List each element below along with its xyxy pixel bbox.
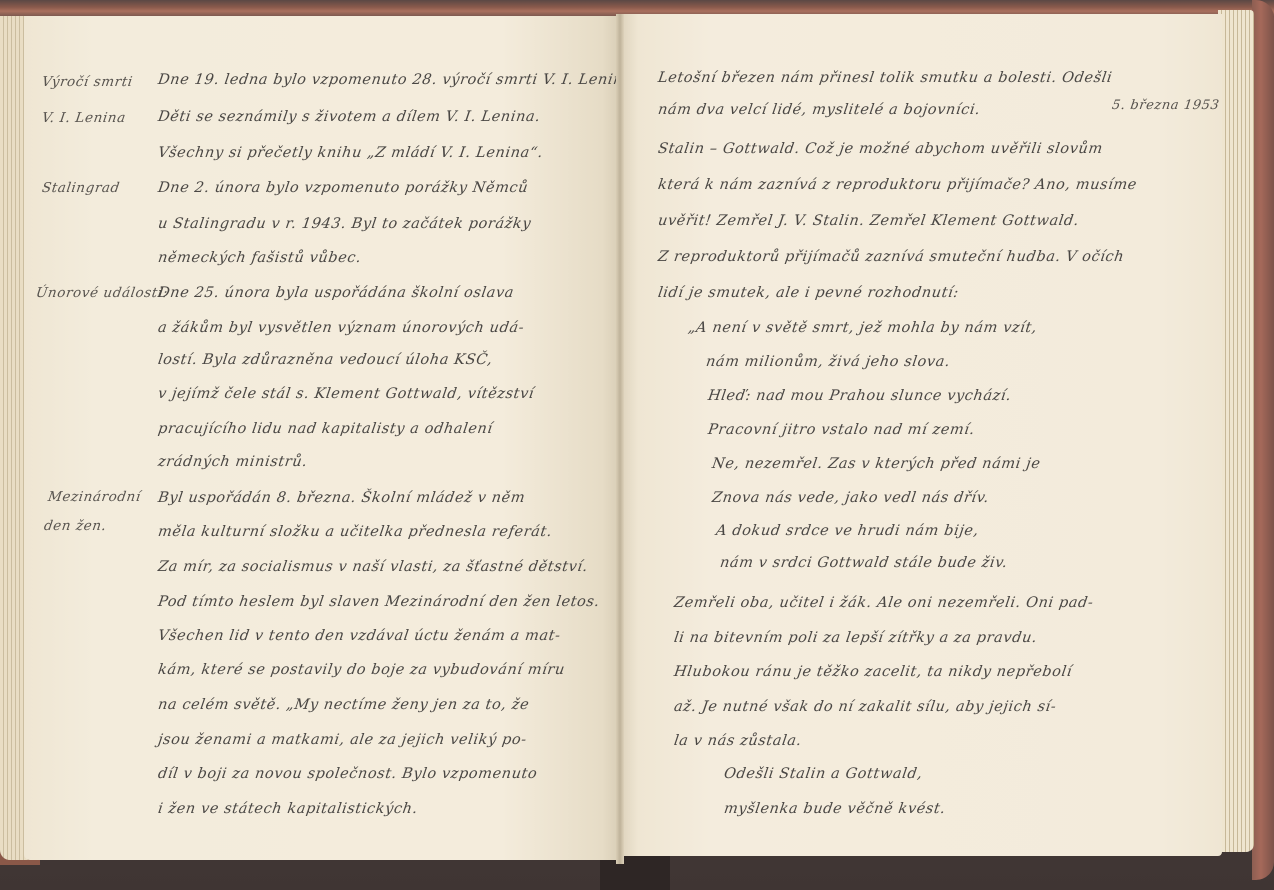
text-line: Všechen lid v tento den vzdával úctu žen… [157, 628, 562, 644]
margin-note-womens-day-1: Mezinárodní [47, 489, 142, 505]
book-spread-scene: Výročí smrti V. I. Lenina Dne 19. ledna … [0, 0, 1274, 890]
text-line: kám, které se postavily do boje za vybud… [157, 662, 566, 678]
text-line: u Stalingradu v r. 1943. Byl to začátek … [157, 216, 532, 232]
poem-line: nám v srdci Gottwald stále bude živ. [719, 555, 1009, 571]
text-line: zrádných ministrů. [157, 454, 309, 470]
margin-note-february-events: Únorové události: [35, 285, 169, 301]
text-line: Dne 25. února byla uspořádána školní osl… [157, 285, 515, 301]
text-line: jsou ženami a matkami, ale za jejich vel… [157, 732, 528, 748]
text-line: díl v boji za novou společnost. Bylo vzp… [157, 766, 539, 782]
text-line: Hlubokou ránu je těžko zacelit, ta nikdy… [673, 664, 1073, 680]
text-line: pracujícího lidu nad kapitalisty a odhal… [157, 421, 494, 437]
text-line: Letošní březen nám přinesl tolik smutku … [657, 70, 1113, 86]
text-line: na celém světě. „My nectíme ženy jen za … [157, 697, 530, 713]
poem-line: nám milionům, živá jeho slova. [705, 354, 951, 370]
text-line: Dne 19. ledna bylo vzpomenuto 28. výročí… [157, 72, 639, 88]
margin-note-womens-day-2: den žen. [43, 518, 108, 534]
text-line: Dne 2. února bylo vzpomenuto porážky Něm… [157, 180, 529, 196]
poem-line: A dokud srdce ve hrudi nám bije, [715, 523, 980, 539]
text-line: Zemřeli oba, učitel i žák. Ale oni nezem… [673, 595, 1095, 611]
poem-line: Hleď: nad mou Prahou slunce vychází. [707, 388, 1013, 404]
text-line: měla kulturní složku a učitelka přednesl… [157, 524, 553, 540]
text-line: li na bitevním poli za lepší zítřky a za… [673, 630, 1038, 646]
text-line: německých fašistů vůbec. [157, 250, 362, 266]
poem-line: Pracovní jitro vstalo nad mí zemí. [707, 422, 976, 438]
text-line: i žen ve státech kapitalistických. [157, 801, 419, 817]
text-line: Všechny si přečetly knihu „Z mládí V. I.… [157, 145, 544, 161]
poem-line: Znova nás vede, jako vedl nás dřív. [711, 490, 990, 506]
book-cover-right-edge [1252, 0, 1274, 880]
text-line: nám dva velcí lidé, myslitelé a bojovníc… [657, 102, 982, 118]
text-line: a žákům byl vysvětlen význam únorových u… [157, 320, 525, 336]
margin-note-lenin-1: Výročí smrti [41, 74, 134, 90]
margin-note-lenin-2: V. I. Lenina [41, 110, 127, 126]
closing-line: myšlenka bude věčně kvést. [723, 801, 947, 817]
text-line: la v nás zůstala. [673, 733, 803, 749]
text-line: Za mír, za socialismus v naší vlasti, za… [157, 559, 589, 575]
text-line: až. Je nutné však do ní zakalit sílu, ab… [673, 699, 1058, 715]
text-line: Děti se seznámily s životem a dílem V. I… [157, 109, 542, 125]
text-line: Byl uspořádán 8. března. Školní mládež v… [157, 490, 526, 506]
book-gutter [616, 14, 624, 864]
right-page-stack [1218, 10, 1254, 852]
poem-line: „A není v světě smrt, jež mohla by nám v… [687, 320, 1038, 336]
text-line: Z reproduktorů přijímačů zaznívá smutečn… [657, 249, 1125, 265]
text-line: uvěřit! Zemřel J. V. Stalin. Zemřel Klem… [657, 213, 1080, 229]
margin-note-stalingrad: Stalingrad [41, 180, 121, 196]
date-note: 5. března 1953 [1111, 98, 1220, 113]
poem-line: Ne, nezemřel. Zas v kterých před námi je [711, 456, 1042, 472]
closing-line: Odešli Stalin a Gottwald, [723, 766, 924, 782]
text-line: která k nám zaznívá z reproduktoru přijí… [657, 177, 1138, 193]
text-line: lidí je smutek, ale i pevné rozhodnutí: [657, 285, 960, 301]
text-line: Stalin – Gottwald. Což je možné abychom … [657, 141, 1104, 157]
text-line: Pod tímto heslem byl slaven Mezinárodní … [157, 594, 601, 610]
text-line: lostí. Byla zdůrazněna vedoucí úloha KSČ… [157, 352, 494, 368]
text-line: v jejímž čele stál s. Klement Gottwald, … [157, 386, 535, 402]
